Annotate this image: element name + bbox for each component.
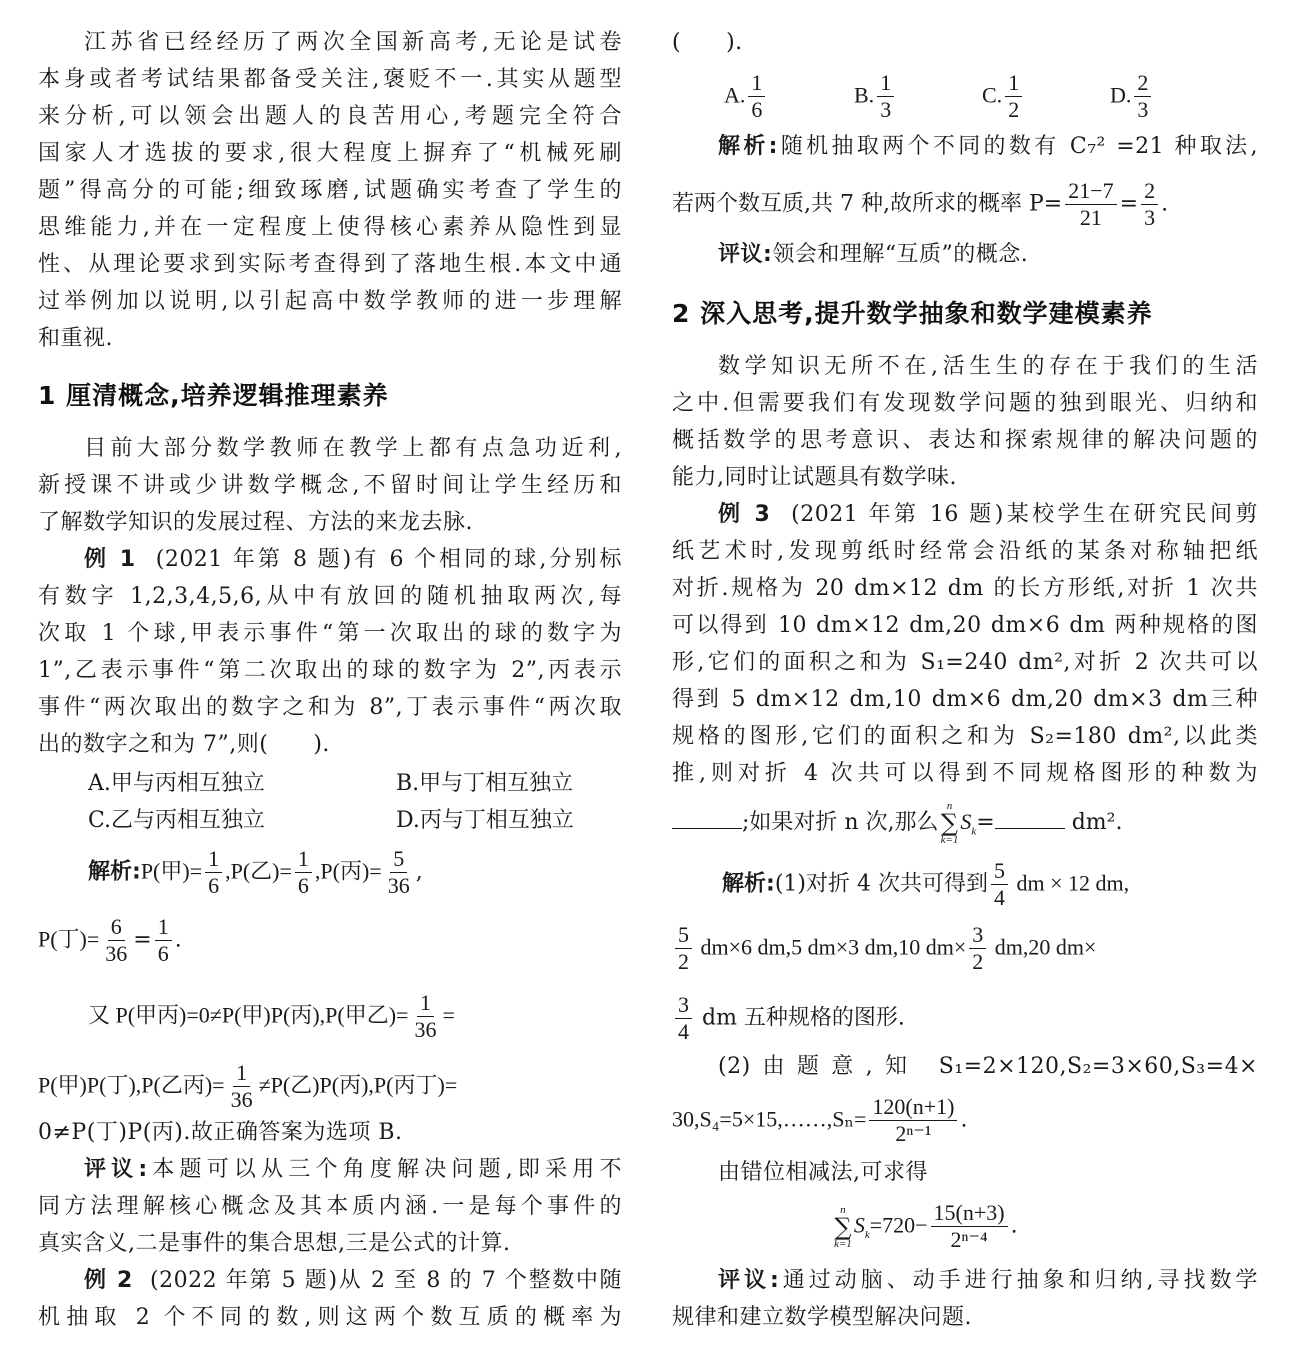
analysis-label: 解析: — [718, 134, 778, 159]
fraction: 16 — [295, 846, 312, 899]
example-3-analysis-line: 解析:(1)对折 4 次共可得到54 dm × 12 dm, — [722, 858, 1129, 911]
section-1-heading: 1 厘清概念,培养逻辑推理素养 — [38, 376, 389, 412]
fraction: 636 — [102, 914, 130, 967]
example-1-line: 事件“两次取出的数字之和为 8”,丁表示事件“两次取 — [38, 691, 622, 725]
fraction: 34 — [675, 992, 692, 1045]
section-1-para-line: 新授课不讲或少讲数学概念,不留时间让学生经历和 — [38, 469, 622, 503]
example-1-analysis-line: 又 P(甲丙)=0≠P(甲)P(丙),P(甲乙)=136= — [88, 990, 455, 1043]
example-2-analysis-line: 若两个数互质,共 7 种,故所求的概率 P=21−721=23. — [672, 178, 1168, 231]
intro-line: 来分析,可以领会出题人的良苦用心,考题完全符合 — [38, 100, 622, 134]
fraction: 21−721 — [1065, 178, 1116, 231]
section-2-para-line: 数学知识无所不在,活生生的存在于我们的生活 — [672, 350, 1258, 384]
example-3-line: 形,它们的面积之和为 S₁=240 dm²,对折 2 次共可以 — [672, 646, 1258, 680]
example-1-analysis-line: 0≠P(丁)P(丙).故正确答案为选项 B. — [38, 1116, 622, 1150]
example-1-option-c: C.乙与丙相互独立 — [88, 803, 265, 834]
example-3-line: 纸艺术时,发现剪纸时经常会沿纸的某条对称轴把纸 — [672, 535, 1258, 569]
example-1-analysis-line: 解析:P(甲)=16,P(乙)=16,P(丙)=536, — [88, 846, 423, 899]
section-2-para-line: 概括数学的思考意识、表达和探索规律的解决问题的 — [672, 424, 1258, 458]
fraction: 54 — [991, 858, 1008, 911]
fraction: 16 — [205, 846, 222, 899]
example-3-line: 规格的图形,它们的面积之和为 S₂=180 dm²,以此类 — [672, 720, 1258, 754]
example-1-comment-line: 同方法理解核心概念及其本质内涵.一是每个事件的 — [38, 1190, 622, 1224]
fraction: 15(n+3)2ⁿ⁻⁴ — [931, 1200, 1008, 1253]
example-1-analysis-line: P(甲)P(丁),P(乙丙)=136≠P(乙)P(丙),P(丙丁)= — [38, 1060, 457, 1113]
fraction: 136 — [411, 990, 439, 1043]
summation-icon: n∑k=1 — [834, 1204, 852, 1250]
intro-line: 本身或者考试结果都备受关注,褒贬不一.其实从题型 — [38, 63, 622, 97]
example-3-comment-line: 评议:通过动脑、动手进行抽象和归纳,寻找数学 — [672, 1264, 1258, 1298]
example-3-formula: n∑k=1Sk=720−15(n+3)2ⁿ⁻⁴. — [832, 1200, 1018, 1253]
example-2-label: 例 2 — [84, 1268, 133, 1293]
example-1-line: 有数字 1,2,3,4,5,6,从中有放回的随机抽取两次,每 — [38, 580, 622, 614]
example-3-line: 例 3 (2021 年第 16 题)某校学生在研究民间剪 — [672, 498, 1258, 532]
example-2-analysis-line: 解析:随机抽取两个不同的数有 C₇² =21 种取法, — [672, 130, 1258, 164]
comment-label: 评议: — [718, 1268, 779, 1293]
example-1-option-b: B.甲与丁相互独立 — [396, 766, 573, 797]
fraction: 13 — [877, 70, 894, 123]
intro-line: 思维能力,并在一定程度上使得核心素养从隐性到显 — [38, 211, 622, 245]
fraction: 32 — [969, 922, 986, 975]
fraction: 23 — [1141, 178, 1158, 231]
example-3-label: 例 3 — [718, 502, 770, 527]
example-1-line: 出的数字之和为 7”,则( ). — [38, 728, 622, 762]
example-1-analysis-line: P(丁)=636=16. — [38, 914, 182, 967]
intro-line: 和重视. — [38, 322, 622, 356]
example-1-comment-line: 真实含义,二是事件的集合思想,三是公式的计算. — [38, 1227, 622, 1261]
example-2-line: 例 2 (2022 年第 5 题)从 2 至 8 的 7 个整数中随 — [38, 1264, 622, 1298]
section-2-heading: 2 深入思考,提升数学抽象和数学建模素养 — [672, 294, 1153, 330]
fraction: 136 — [228, 1060, 256, 1113]
section-1-para-line: 了解数学知识的发展过程、方法的来龙去脉. — [38, 506, 622, 540]
fraction: 12 — [1005, 70, 1022, 123]
example-2-option-c: C.12 — [982, 70, 1025, 123]
example-3-line: 可以得到 10 dm×12 dm,20 dm×6 dm 两种规格的图 — [672, 609, 1258, 643]
comment-label: 评议: — [84, 1157, 148, 1182]
example-3-blank-line: ;如果对折 n 次,那么n∑k=1Sk= dm². — [672, 800, 1122, 846]
intro-line: 题”得高分的可能;细致琢磨,试题确实考查了学生的 — [38, 174, 622, 208]
summation-icon: n∑k=1 — [941, 800, 959, 846]
example-1-line: 1”,乙表示事件“第二次取出的球的数字为 2”,丙表示 — [38, 654, 622, 688]
section-2-para-line: 能力,同时让试题具有数学味. — [672, 461, 1258, 495]
example-1-option-d: D.丙与丁相互独立 — [396, 803, 574, 834]
fraction: 536 — [385, 846, 413, 899]
intro-line: 国家人才选拔的要求,很大程度上摒弃了“机械死刷 — [38, 137, 622, 171]
analysis-label: 解析: — [88, 860, 141, 885]
example-3-analysis-line: 52 dm×6 dm,5 dm×3 dm,10 dm×32 dm,20 dm× — [672, 922, 1096, 975]
example-3-line: 对折.规格为 20 dm×12 dm 的长方形纸,对折 1 次共 — [672, 572, 1258, 606]
analysis-label: 解析: — [722, 872, 775, 897]
fraction: 23 — [1134, 70, 1151, 123]
example-3-analysis-line: 由错位相减法,可求得 — [672, 1156, 1258, 1190]
example-1-line: 例 1 (2021 年第 8 题)有 6 个相同的球,分别标 — [38, 543, 622, 577]
example-3-line: 得到 5 dm×12 dm,10 dm×6 dm,20 dm×3 dm三种 — [672, 683, 1258, 717]
intro-line: 过举例加以说明,以引起高中数学教师的进一步理解 — [38, 285, 622, 319]
example-2-option-b: B.13 — [854, 70, 897, 123]
example-3-comment-line: 规律和建立数学模型解决问题. — [672, 1301, 1258, 1335]
example-2-option-d: D.23 — [1110, 70, 1154, 123]
example-1-comment-line: 评议:本题可以从三个角度解决问题,即采用不 — [38, 1153, 622, 1187]
section-2-para-line: 之中.但需要我们有发现数学问题的独到眼光、归纳和 — [672, 387, 1258, 421]
document-page: 江苏省已经经历了两次全国新高考,无论是试卷 本身或者考试结果都备受关注,褒贬不一… — [0, 0, 1300, 1359]
comment-label: 评议: — [718, 242, 772, 267]
example-3-analysis-line: 34 dm 五种规格的图形. — [672, 992, 905, 1045]
example-3-line: 推,则对折 4 次共可以得到不同规格图形的种数为 — [672, 757, 1258, 791]
fraction: 120(n+1)2ⁿ⁻¹ — [869, 1094, 957, 1147]
fraction: 16 — [748, 70, 765, 123]
example-2-option-a: A.16 — [724, 70, 768, 123]
example-3-analysis-line: (2)由题意,知 S₁=2×120,S₂=3×60,S₃=4× — [672, 1050, 1258, 1084]
example-2-line: ( ). — [672, 26, 1258, 60]
intro-line: 江苏省已经经历了两次全国新高考,无论是试卷 — [38, 26, 622, 60]
fraction: 16 — [155, 914, 172, 967]
section-1-para-line: 目前大部分数学教师在教学上都有点急功近利, — [38, 432, 622, 466]
example-1-line: 次取 1 个球,甲表示事件“第一次取出的球的数字为 — [38, 617, 622, 651]
answer-blank-2[interactable] — [995, 808, 1065, 829]
example-1-label: 例 1 — [84, 547, 136, 572]
example-3-analysis-line: 30,S₄=5×15,……,Sₙ=120(n+1)2ⁿ⁻¹. — [672, 1094, 967, 1147]
example-1-option-a: A.甲与丙相互独立 — [88, 766, 265, 797]
example-2-line: 机抽取 2 个不同的数,则这两个数互质的概率为 — [38, 1301, 622, 1335]
fraction: 52 — [675, 922, 692, 975]
example-2-comment-line: 评议:领会和理解“互质”的概念. — [672, 238, 1258, 272]
answer-blank-1[interactable] — [672, 808, 742, 829]
intro-line: 性、从理论要求到实际考查得到了落地生根.本文中通 — [38, 248, 622, 282]
